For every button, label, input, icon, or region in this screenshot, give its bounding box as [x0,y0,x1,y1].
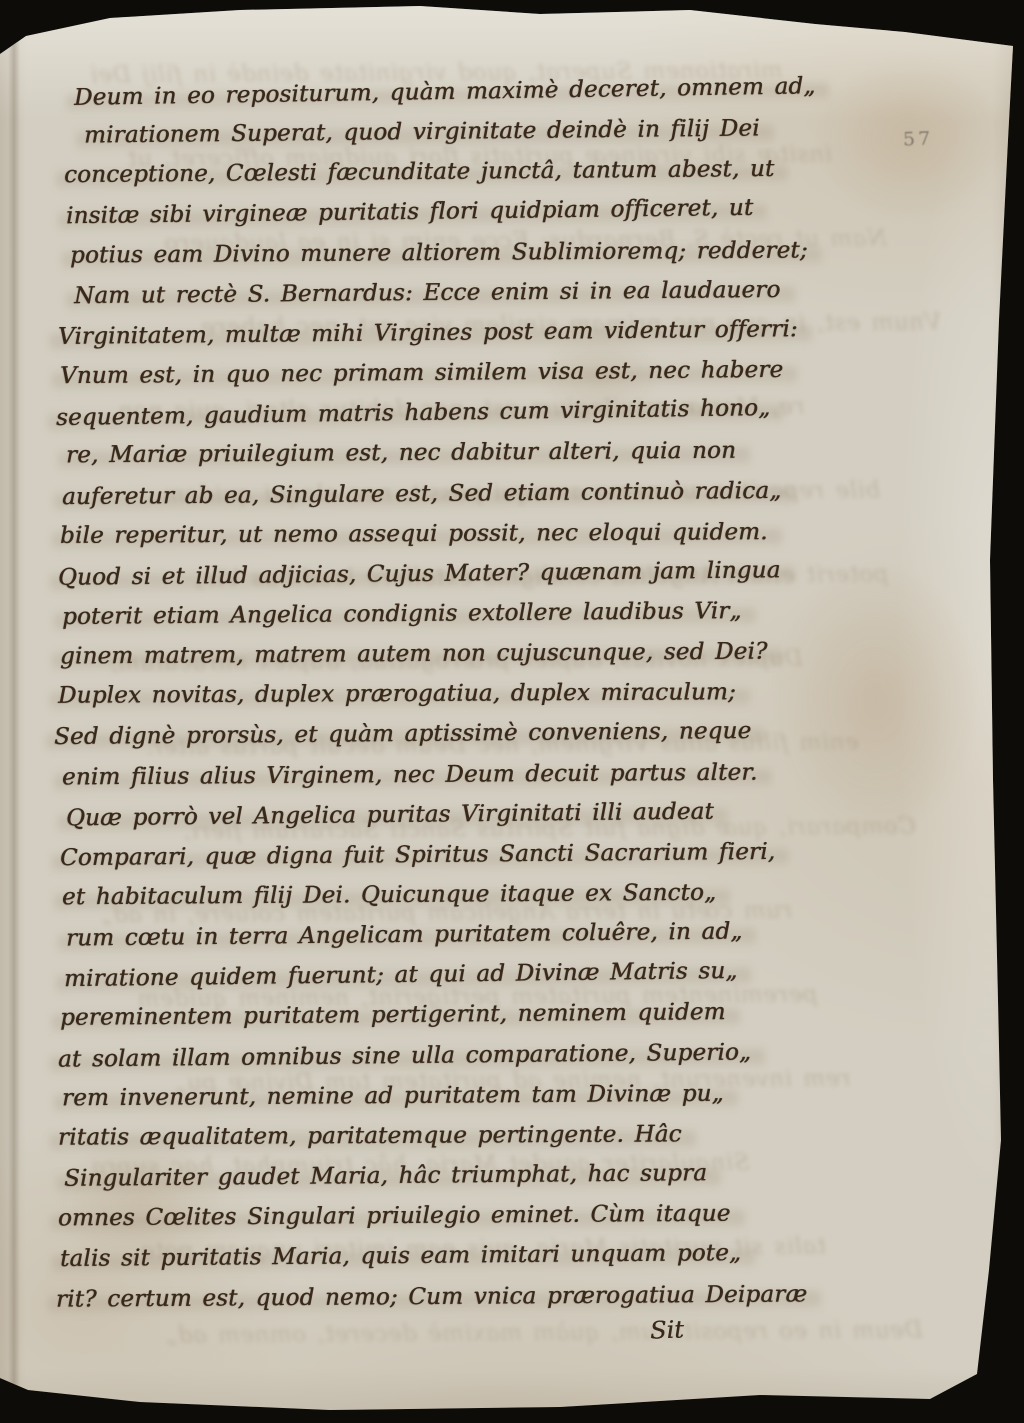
manuscript-line: Deum in eo repositurum, quàm maximè dece… [74,74,816,111]
manuscript-line: talis sit puritatis Maria, quis eam imit… [60,1241,741,1272]
manuscript-line: rit? certum est, quod nemo; Cum vnica pr… [56,1282,807,1313]
text-layer: Deum in eo repositurum, quàm maximè dece… [0,0,1024,1423]
manuscript-line: auferetur ab ea, Singulare est, Sed etia… [62,478,782,510]
manuscript-line: conceptione, Cœlesti fæcunditate junctâ,… [64,157,775,188]
manuscript-line: omnes Cœlites Singulari priuilegio emine… [58,1202,731,1232]
manuscript-line: Duplex novitas, duplex prærogatiua, dupl… [58,680,736,709]
manuscript-line: Virginitatem, multæ mihi Virgines post e… [58,317,798,350]
manuscript-line: rum cœtu in terra Angelicam puritatem co… [66,920,743,952]
manuscript-line: insitæ sibi virgineæ puritatis flori qui… [66,196,754,230]
manuscript-line: ginem matrem, matrem autem non cujuscunq… [60,640,768,670]
manuscript-line: Nam ut rectè S. Bernardus: Ecce enim si … [74,278,781,309]
manuscript-line: Quod si et illud adjicias, Cujus Mater? … [58,558,781,591]
manuscript-line: miratione quidem fuerunt; at qui ad Divi… [64,959,738,993]
manuscript-line: Vnum est, in quo nec primam similem visa… [60,358,783,390]
manuscript-line: re, Mariæ priuilegium est, nec dabitur a… [66,439,736,469]
manuscript-line: poterit etiam Angelica condignis extolle… [62,599,742,630]
manuscript-page: mirationem Superat, quod virginitate dei… [0,0,1024,1423]
manuscript-line: Singulariter gaudet Maria, hâc triumphat… [64,1161,707,1192]
manuscript-line: et habitaculum filij Dei. Quicunque itaq… [62,881,716,911]
manuscript-line: sequentem, gaudium matris habens cum vir… [56,396,771,431]
manuscript-line: at solam illam omnibus sine ulla compara… [58,1040,751,1073]
manuscript-line: potius eam Divino munere altiorem Sublim… [70,238,808,268]
manuscript-line: rem invenerunt, nemine ad puritatem tam … [62,1081,724,1111]
manuscript-line: ritatis æqualitatem, paritatemque pertin… [58,1122,682,1151]
manuscript-line: pereminentem puritatem pertigerint, nemi… [60,1001,726,1032]
folio-number: 57 [903,129,934,149]
manuscript-line: Comparari, quæ digna fuit Spiritus Sanct… [60,840,775,872]
manuscript-line: Sed dignè prorsùs, et quàm aptissimè con… [54,719,752,750]
manuscript-line: enim filius alius Virginem, nec Deum dec… [62,760,758,790]
manuscript-line: mirationem Superat, quod virginitate dei… [84,117,760,149]
manuscript-line: bile reperitur, ut nemo assequi possit, … [60,520,768,549]
catchword: Sit [650,1317,685,1342]
manuscript-line: Quæ porrò vel Angelica puritas Virginita… [66,799,714,831]
